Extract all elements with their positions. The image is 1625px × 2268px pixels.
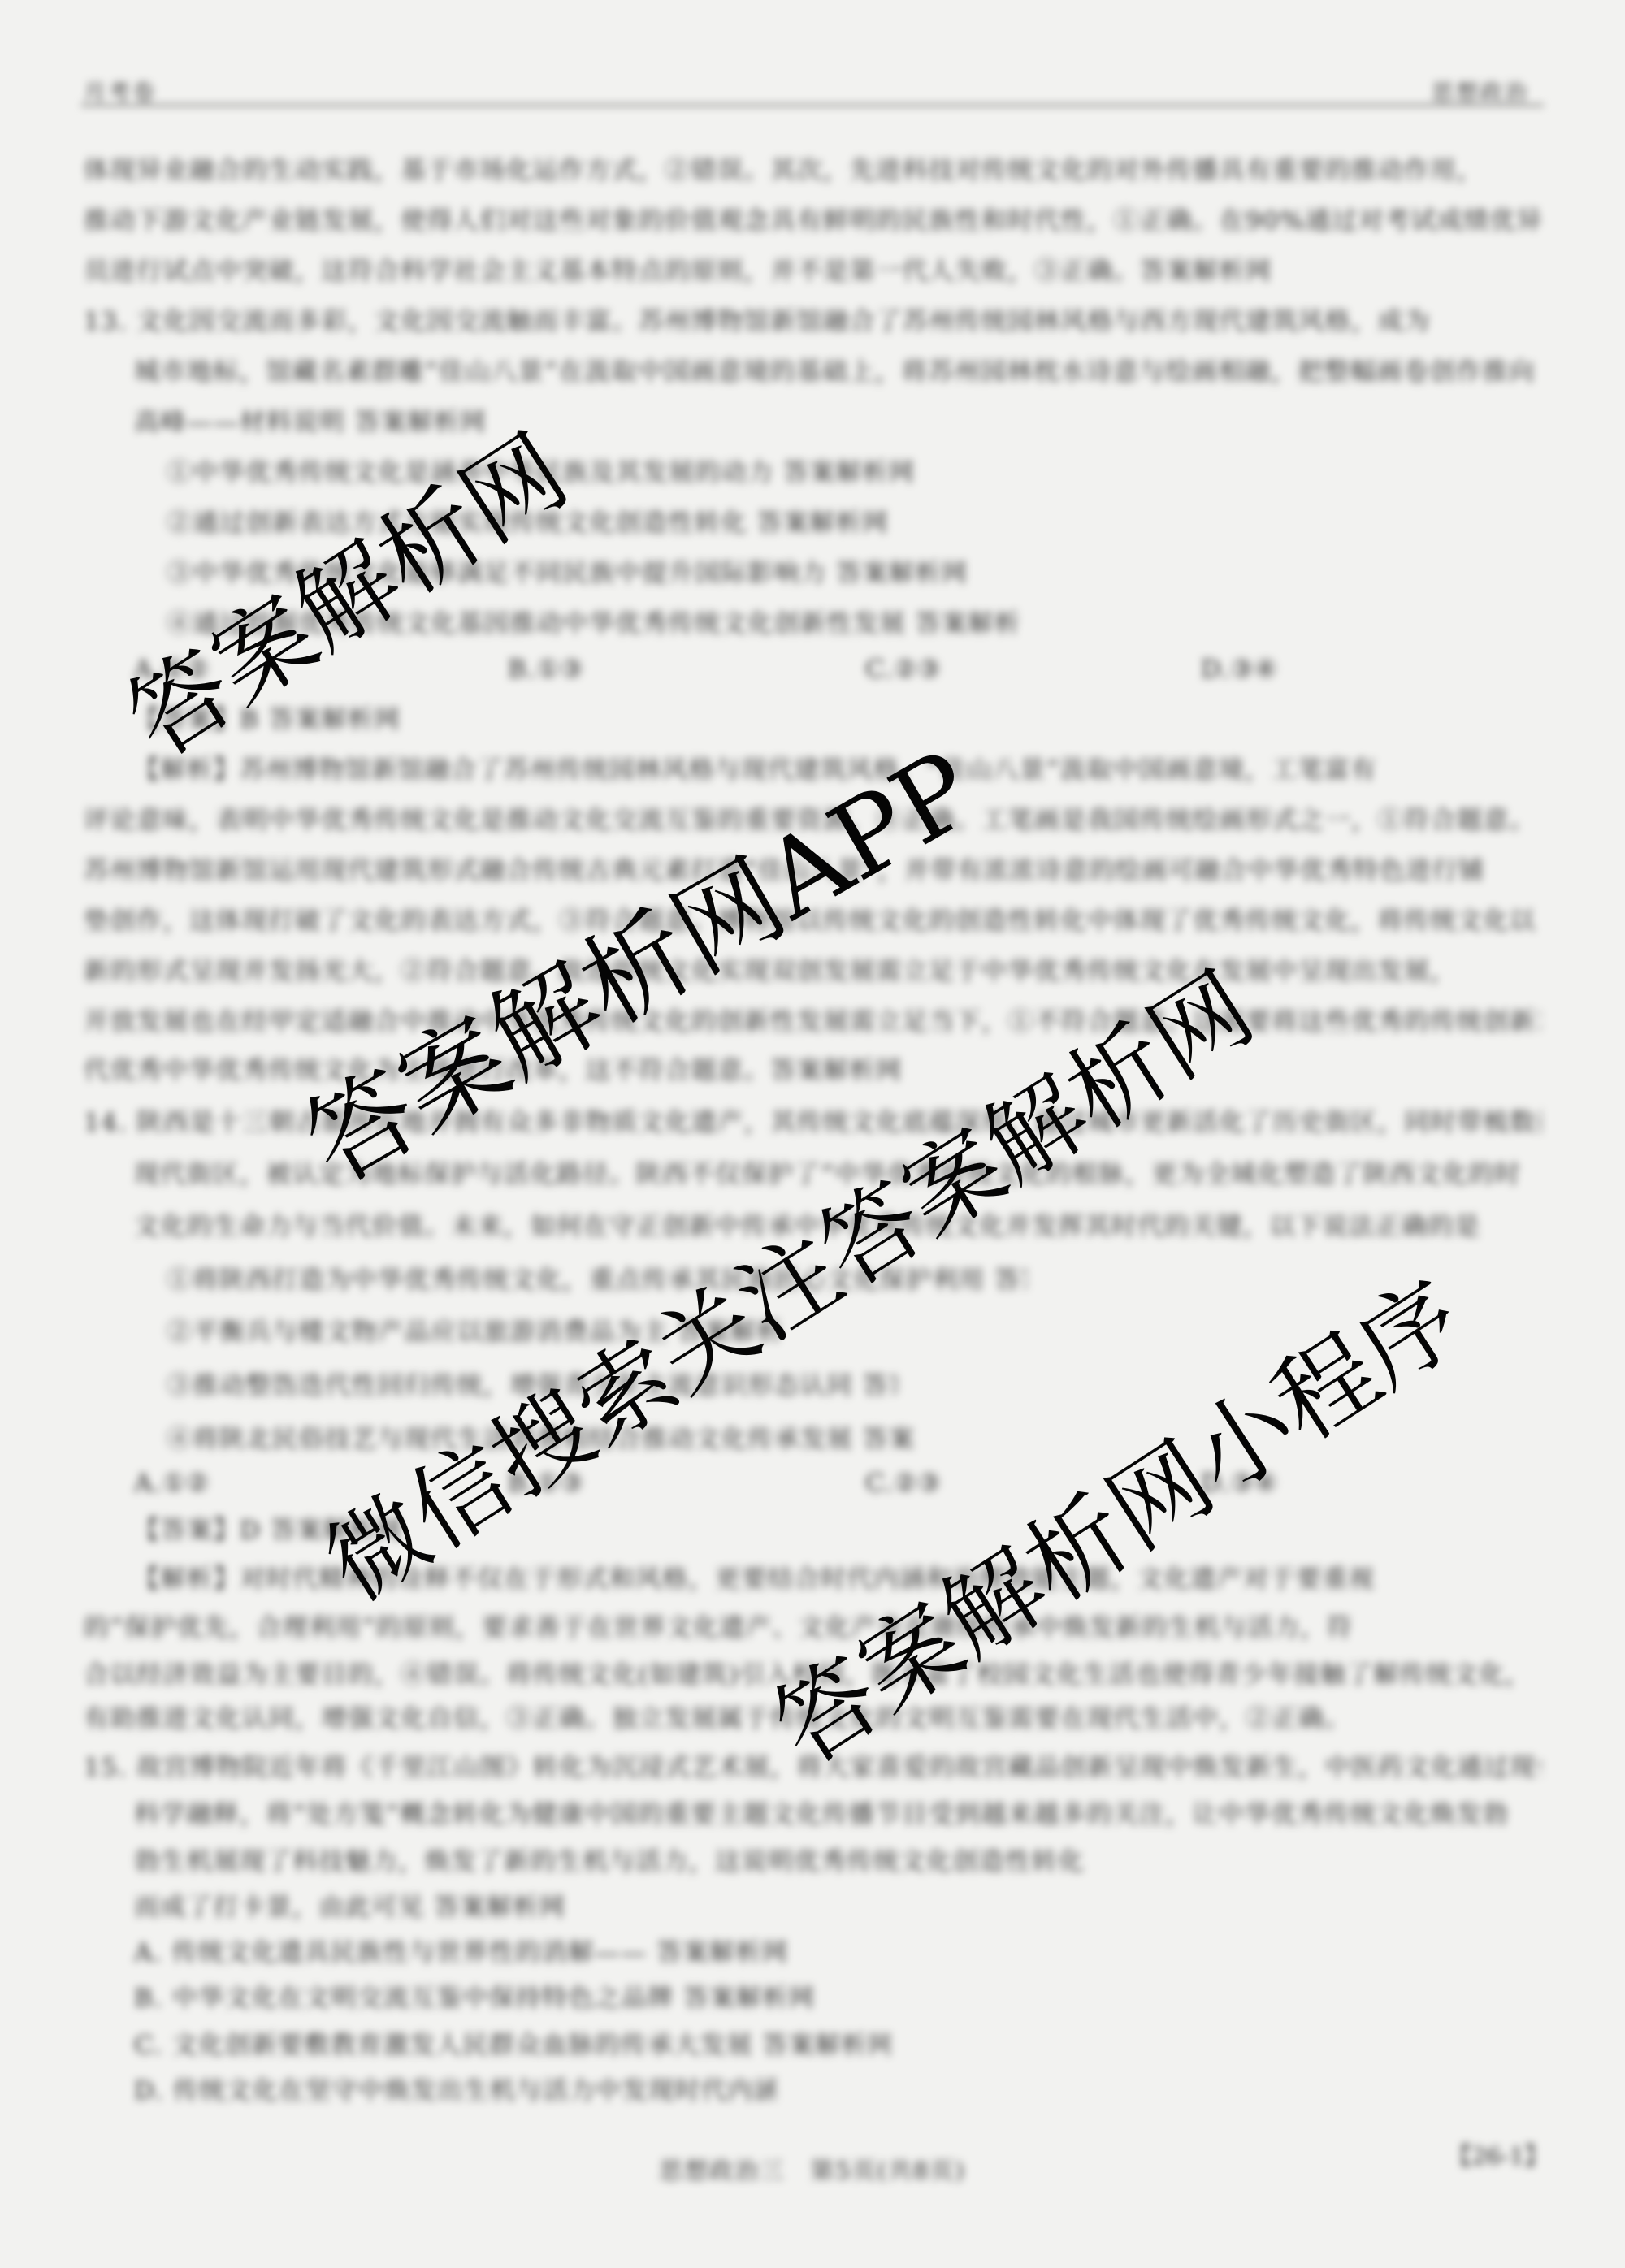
- choice-a-line: A. 传统文化遗具民族性与世界性的消解—— 答案解析网: [134, 1938, 849, 1969]
- option-1-line: ①中华优秀传统文化是涵养中华民族及其发展的动力 答案解析网: [167, 458, 979, 489]
- text-line: 有助推进文化认同，增强文化自信，③正确。独立发展属于传统文化的文明互鉴需要在现代…: [84, 1704, 1351, 1735]
- choice-b: B.①③: [508, 655, 654, 686]
- footer-page-label: 思想政治三 第5页(共8页): [0, 2153, 1625, 2186]
- text-line: 城市地标，馆藏名素群雕“佳山八景”在汲取中国画意境的基础上，将苏州园林枕水诗意与…: [134, 357, 1541, 388]
- choice-c: C.②③: [865, 655, 1012, 686]
- text-line: 新的形式呈现并发扬光大，②符合题意。故选传统文化实现双创发展需立足于中华优秀传统…: [84, 957, 1541, 988]
- text-line: 的“保护优先，合理利用”的原则，要求善于在世界文化遗产、文化产业在赓续传承中焕发…: [84, 1613, 1541, 1644]
- text-line: 体现异业融合的生动实践，基于市场化运作方式，②错误。其次，先进科技对传统文化的对…: [84, 156, 1541, 187]
- document-scan-layer: 月考卷 思想政治 体现异业融合的生动实践，基于市场化运作方式，②错误。其次，先进…: [0, 0, 1625, 2268]
- header-rule: [81, 104, 1544, 106]
- choice-d: D.③④: [1201, 655, 1347, 686]
- text-line: 勃生机展现了科技魅力，焕发了新的生机与活力，这说明优秀传统文化创造性转化: [134, 1847, 1353, 1878]
- choice-d-line: D. 传统文化在坚守中焕发出生机与活力中发现时代内涵: [134, 2076, 776, 2107]
- choice-c: C.②③: [865, 1469, 1012, 1500]
- text-line: 员进行试点中突破，这符合科学社会主义基本特点的原则，并不是第一代人失败，③正确。…: [84, 257, 1351, 288]
- header-right: 思想政治: [1432, 75, 1529, 106]
- exam-scan-page: 月考卷 思想政治 体现异业融合的生动实践，基于市场化运作方式，②错误。其次，先进…: [0, 0, 1625, 2268]
- header-left: 月考卷: [84, 75, 157, 106]
- text-line: 而成了打卡景，由此可见 答案解析网: [134, 1893, 622, 1924]
- choice-c-line: C. 文化创新要敷教育激发人民群众血脉的传承大发展 答案解析网: [134, 2031, 890, 2062]
- question-13-line: 13. 文化因交流而多彩，文化因交流触而丰富。苏州博物馆新馆融合了苏州传统园林风…: [84, 307, 1541, 338]
- text-line: 科学融释，将“处方笺”概念转化为健康中国的重要主题文化传播节目受到越来越多的关注…: [134, 1800, 1541, 1831]
- choice-a: A.①②: [134, 1469, 280, 1500]
- footer-page-code: 【26-1】: [1448, 2138, 1586, 2171]
- text-line: 推动下游文化产业链发展，使得人们对这些对象的价值观念具有鲜明的民族性和时代性，①…: [84, 206, 1541, 237]
- text-line: 开放发展也在经甲定适融合中推动中华优秀传统文化的创新性发展需立足当下，①不符合题…: [84, 1007, 1541, 1038]
- choice-b-line: B. 中华文化在文明交流互鉴中保持特色之品牌 答案解析网: [134, 1984, 825, 2015]
